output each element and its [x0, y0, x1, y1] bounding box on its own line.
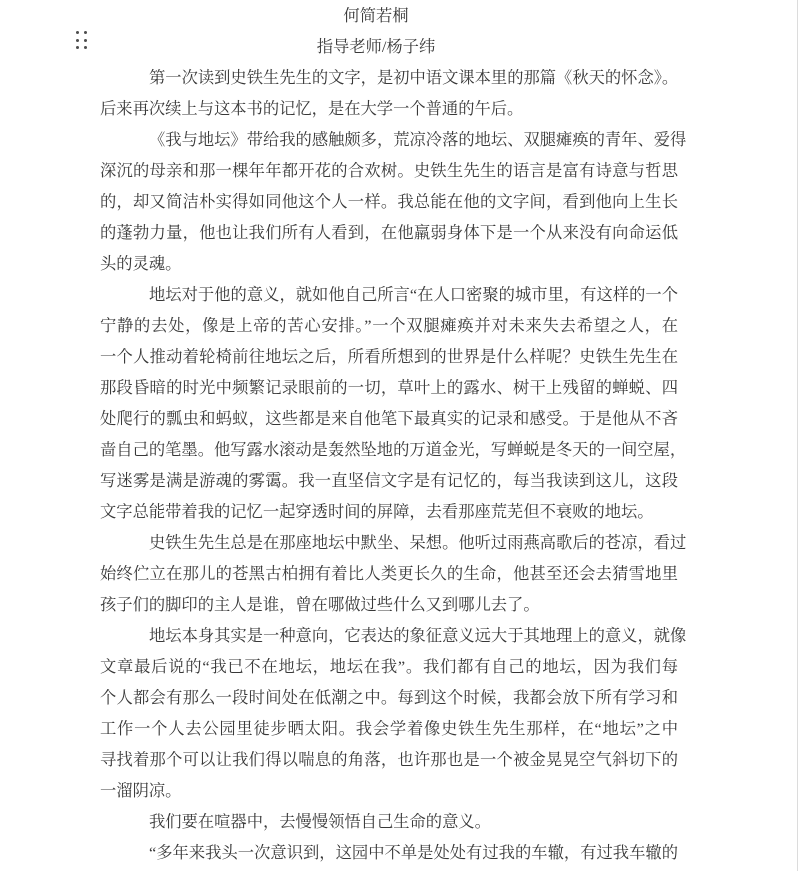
mentor-name-line: 指导老师/杨子纬 [100, 31, 678, 62]
text-line: 寻找着那个可以让我们得以喘息的角落，也许那也是一个被金晃晃空气斜切下的 [100, 744, 678, 775]
text-line: 地坛对于他的意义，就如他自己所言“在人口密聚的城市里，有这样的一个 [100, 279, 678, 310]
drag-handle-icon[interactable] [76, 31, 87, 49]
text-line: 地坛本身其实是一种意向，它表达的象征意义远大于其地理上的意义，就像 [100, 620, 678, 651]
text-line: 第一次读到史铁生先生的文字，是初中语文课本里的那篇《秋天的怀念》。 [100, 62, 678, 93]
text-line: 我们要在喧器中，去慢慢领悟自己生命的意义。 [100, 806, 678, 837]
text-line: 的蓬勃力量，他也让我们所有人看到，在他羸弱身体下是一个从来没有向命运低 [100, 217, 678, 248]
text-line: 始终伫立在那儿的苍黑古柏拥有着比人类更长久的生命，他甚至还会去猜雪地里 [100, 558, 678, 589]
text-line: 文字总能带着我的记忆一起穿透时间的屏障，去看那座荒芜但不衰败的地坛。 [100, 496, 678, 527]
text-line: “多年来我头一次意识到，这园中不单是处处有过我的车辙，有过我车辙的 [100, 837, 678, 868]
text-line: 深沉的母亲和那一棵年年都开花的合欢树。史铁生先生的语言是富有诗意与哲思 [100, 155, 678, 186]
author-name-line: 何简若桐 [100, 0, 678, 31]
page-edge-line [797, 0, 798, 871]
text-line: 一溜阴凉。 [100, 775, 678, 806]
text-line: 后来再次续上与这本书的记忆，是在大学一个普通的午后。 [100, 93, 678, 124]
document-body[interactable]: 何简若桐指导老师/杨子纬第一次读到史铁生先生的文字，是初中语文课本里的那篇《秋天… [100, 0, 678, 868]
text-line: 文章最后说的“我已不在地坛，地坛在我”。我们都有自己的地坛，因为我们每 [100, 651, 678, 682]
text-line: 孩子们的脚印的主人是谁，曾在哪做过些什么又到哪儿去了。 [100, 589, 678, 620]
text-line: 的，却又简洁朴实得如同他这个人一样。我总能在他的文字间，看到他向上生长 [100, 186, 678, 217]
text-line: 工作一个人去公园里徒步晒太阳。我会学着像史铁生先生那样，在“地坛”之中 [100, 713, 678, 744]
text-line: 头的灵魂。 [100, 248, 678, 279]
text-line: 《我与地坛》带给我的感触颇多，荒凉冷落的地坛、双腿瘫痪的青年、爱得 [100, 124, 678, 155]
text-line: 一个人推动着轮椅前往地坛之后，所看所想到的世界是什么样呢？史铁生先生在 [100, 341, 678, 372]
text-line: 史铁生先生总是在那座地坛中默坐、呆想。他听过雨燕高歌后的苍凉，看过 [100, 527, 678, 558]
text-line: 那段昏暗的时光中频繁记录眼前的一切，草叶上的露水、树干上残留的蝉蜕、四 [100, 372, 678, 403]
text-line: 写迷雾是满是游魂的雾霭。我一直坚信文字是有记忆的，每当我读到这儿，这段 [100, 465, 678, 496]
text-line: 处爬行的瓢虫和蚂蚁，这些都是来自他笔下最真实的记录和感受。于是他从不吝 [100, 403, 678, 434]
text-line: 啬自己的笔墨。他写露水滚动是轰然坠地的万道金光，写蝉蜕是冬天的一间空屋， [100, 434, 678, 465]
text-line: 宁静的去处，像是上帝的苦心安排。”一个双腿瘫痪并对未来失去希望之人，在 [100, 310, 678, 341]
text-line: 个人都会有那么一段时间处在低潮之中。每到这个时候，我都会放下所有学习和 [100, 682, 678, 713]
